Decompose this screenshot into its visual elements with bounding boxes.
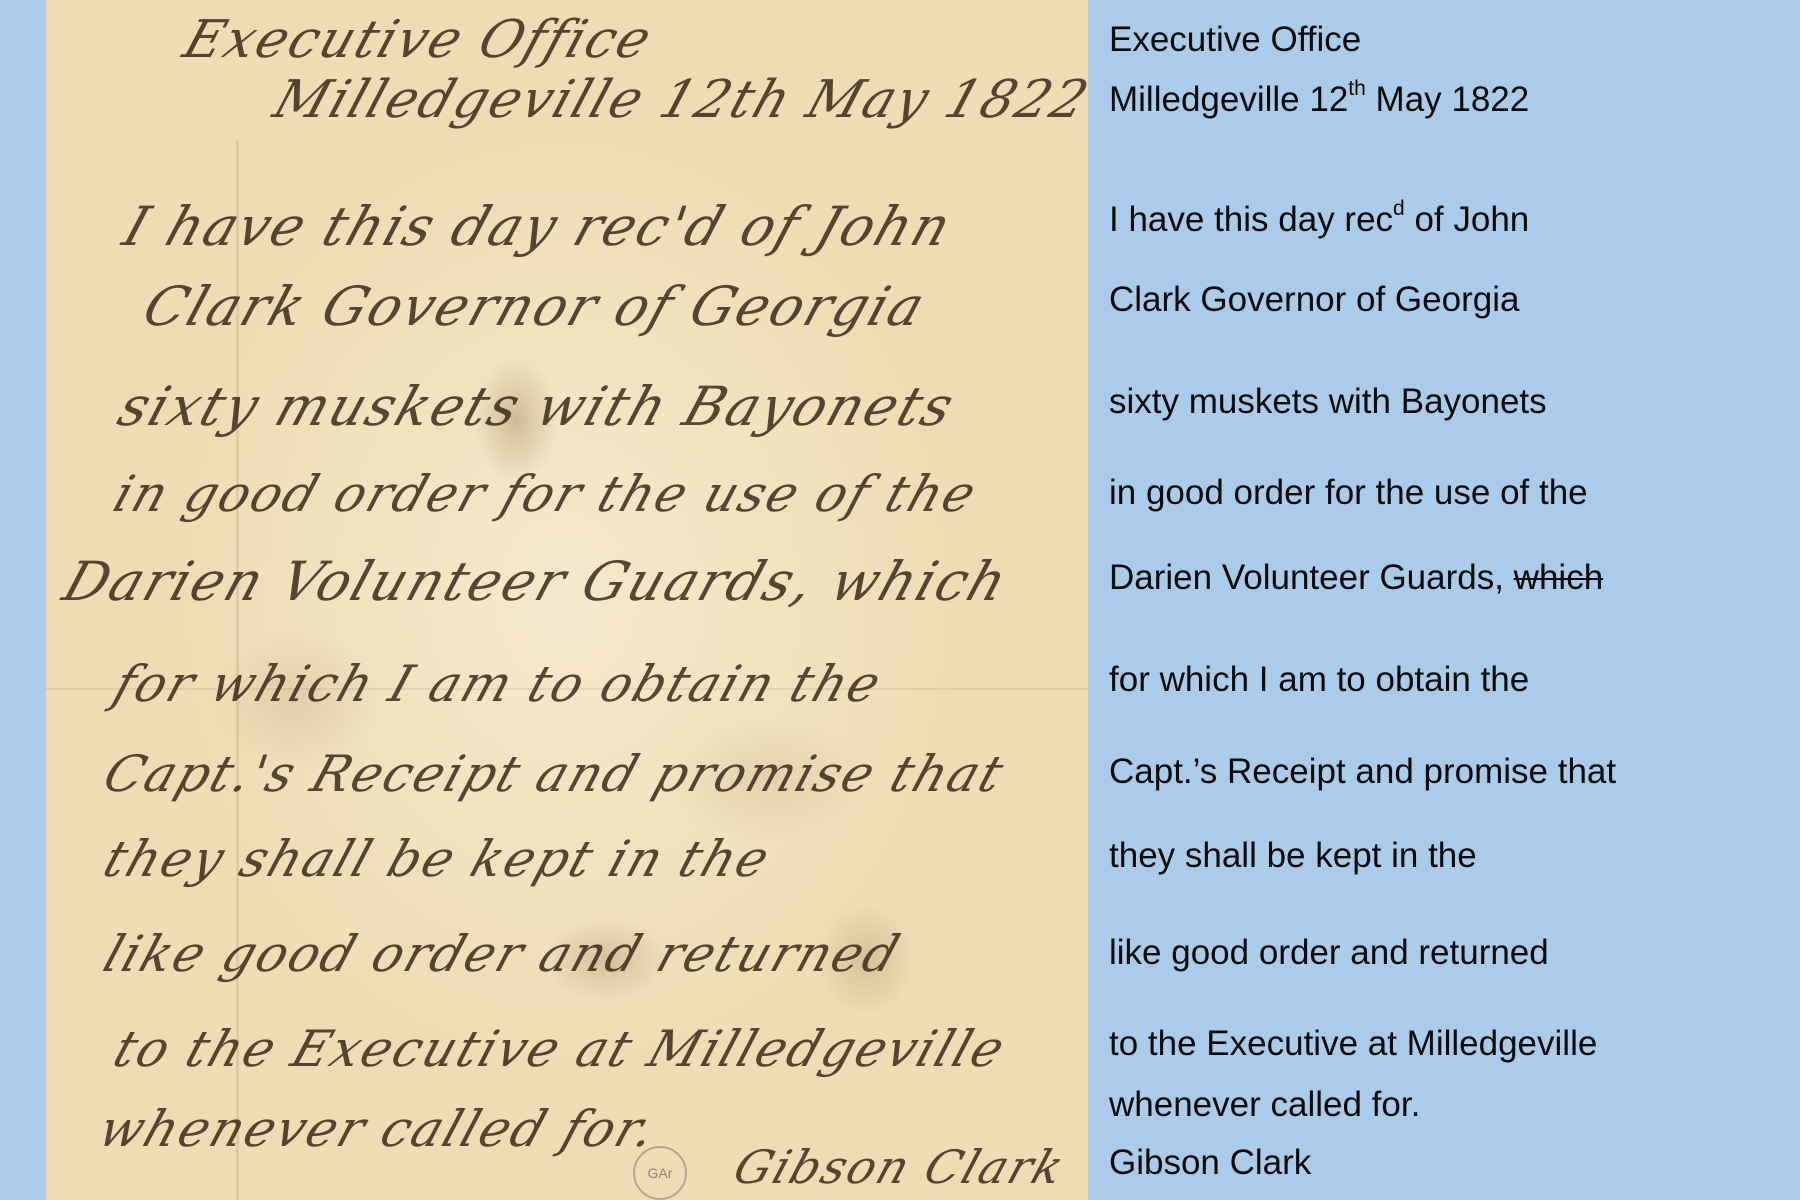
heading-line-1: Executive Office [1109, 20, 1361, 60]
transcript-line-1: I have this day recd of John [1109, 200, 1529, 240]
handwritten-line: Darien Volunteer Guards, which [56, 550, 1017, 613]
archive-stamp: GAr [633, 1146, 687, 1200]
heading-date-text: Milledgeville 12 [1109, 80, 1348, 119]
transcript-line-11: whenever called for. [1109, 1085, 1420, 1125]
heading-line-2: Milledgeville 12th May 1822 [1109, 80, 1529, 120]
manuscript-image: Executive Office Milledgeville 12th May … [46, 0, 1088, 1200]
handwritten-line: for which I am to obtain the [107, 655, 890, 713]
left-border-strip [0, 0, 46, 1200]
transcript-line-4: in good order for the use of the [1109, 473, 1588, 513]
heading-date-text-after: May 1822 [1366, 80, 1529, 119]
line1-text-after: of John [1405, 200, 1530, 239]
handwritten-line: they shall be kept in the [97, 830, 779, 888]
transcript-line-5: Darien Volunteer Guards, which [1109, 558, 1603, 598]
transcript-line-9: like good order and returned [1109, 933, 1549, 973]
transcription-panel: Executive Office Milledgeville 12th May … [1088, 0, 1800, 1200]
line5-text: Darien Volunteer Guards, [1109, 558, 1514, 597]
transcript-signature: Gibson Clark [1109, 1143, 1311, 1183]
handwritten-line: sixty muskets with Bayonets [111, 375, 963, 438]
handwritten-line: Clark Governor of Georgia [136, 275, 934, 338]
struck-through-word: which [1514, 558, 1603, 597]
handwritten-line: I have this day rec'd of John [116, 195, 961, 258]
handwritten-line: to the Executive at Milledgeville [107, 1020, 1014, 1078]
handwritten-signature: Gibson Clark [727, 1140, 1072, 1194]
transcript-line-7: Capt.’s Receipt and promise that [1109, 752, 1616, 792]
handwritten-line: Executive Office [176, 10, 660, 70]
line1-superscript: d [1393, 197, 1405, 220]
handwritten-line: Milledgeville 12th May 1822 [266, 70, 1088, 130]
heading-date-superscript: th [1348, 77, 1366, 100]
handwritten-line: like good order and returned [97, 925, 909, 983]
handwritten-line: Capt.'s Receipt and promise that [97, 745, 1013, 803]
transcript-line-3: sixty muskets with Bayonets [1109, 382, 1547, 422]
transcript-line-8: they shall be kept in the [1109, 836, 1477, 876]
transcript-line-2: Clark Governor of Georgia [1109, 280, 1519, 320]
transcript-line-6: for which I am to obtain the [1109, 660, 1529, 700]
handwritten-line: in good order for the use of the [107, 465, 985, 523]
line1-text: I have this day rec [1109, 200, 1393, 239]
handwritten-line: whenever called for. [92, 1100, 665, 1158]
transcript-line-10: to the Executive at Milledgeville [1109, 1024, 1597, 1064]
